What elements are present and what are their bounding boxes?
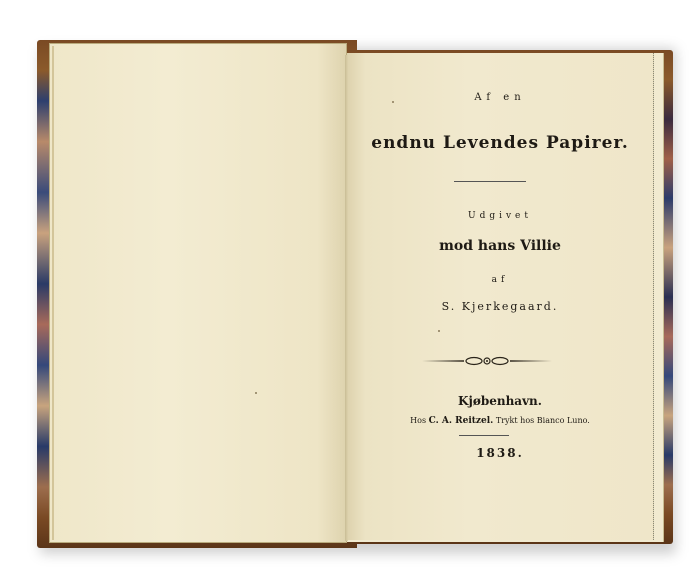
- printer-name: Trykt hos Bianco Luno.: [496, 416, 590, 425]
- book-subtitle: mod hans Villie: [347, 238, 653, 254]
- publication-place: Kjøbenhavn.: [347, 394, 653, 408]
- divider-rule: [459, 435, 509, 436]
- paper-speck: [438, 330, 440, 332]
- ornament-icon: [422, 356, 552, 366]
- book-title: endnu Levendes Papirer.: [347, 133, 653, 153]
- by-label: af: [347, 275, 653, 285]
- author-name: S. Kjerkegaard.: [347, 300, 653, 313]
- left-blank-page: [49, 43, 347, 543]
- title-page: [347, 53, 654, 540]
- divider-rule: [454, 181, 526, 182]
- title-prefix: Af en: [347, 92, 653, 103]
- publication-year: 1838.: [347, 446, 653, 460]
- paper-speck: [255, 392, 257, 394]
- book-gutter: [345, 55, 348, 541]
- publisher-name: C. A. Reitzel.: [429, 416, 494, 426]
- published-label: Udgivet: [347, 211, 653, 221]
- left-page-edge: [52, 46, 54, 540]
- publisher-prefix: Hos: [410, 416, 426, 425]
- imprint-line: Hos C. A. Reitzel. Trykt hos Bianco Luno…: [347, 416, 653, 426]
